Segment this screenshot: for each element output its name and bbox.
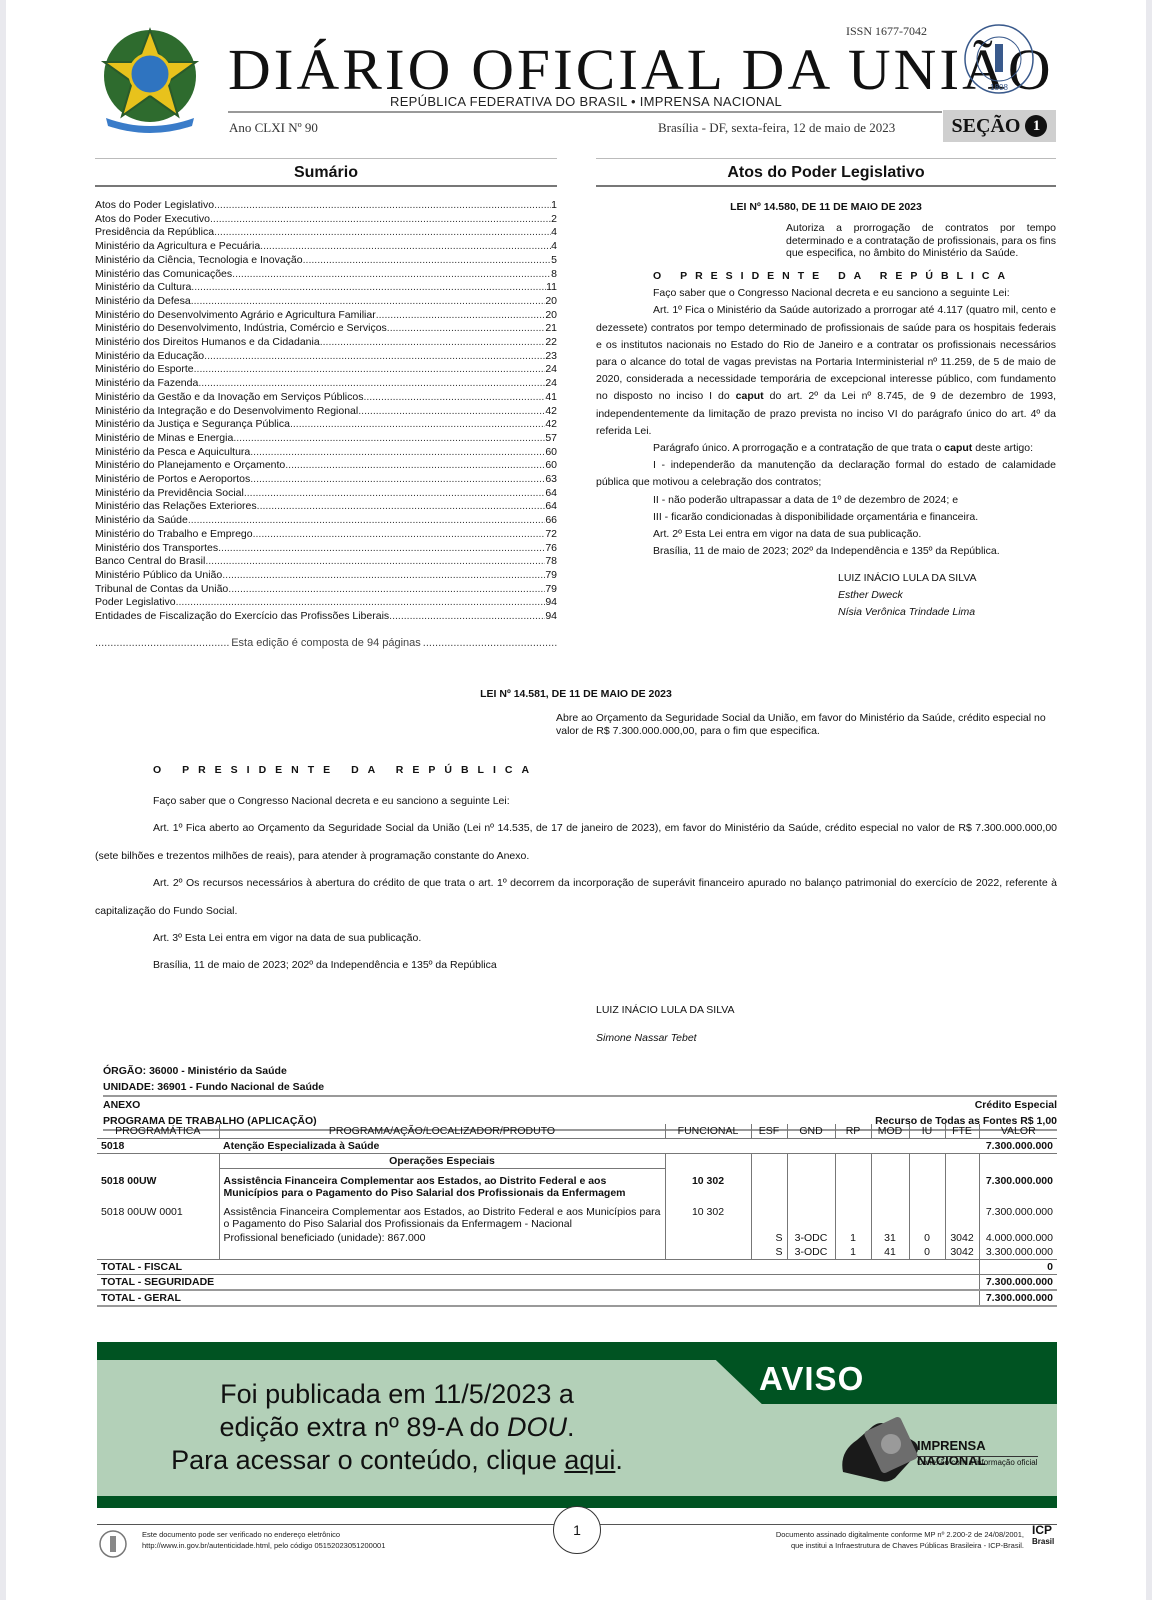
column-header: FTE [945, 1124, 979, 1139]
toc-item[interactable]: Ministério da Agricultura e Pecuária4 [95, 240, 557, 254]
issue-number: Ano CLXI Nº 90 [229, 120, 318, 136]
verification-note: Este documento pode ser verificado no en… [142, 1529, 385, 1551]
toc-item[interactable]: Ministério da Ciência, Tecnologia e Inov… [95, 254, 557, 268]
verification-link[interactable]: http://www.in.gov.br/autenticidade.html,… [142, 1540, 385, 1551]
toc-item[interactable]: Ministério da Cultura11 [95, 281, 557, 295]
section-number: 1 [1025, 115, 1047, 137]
signature-note: Documento assinado digitalmente conforme… [700, 1529, 1024, 1551]
aqui-link[interactable]: aqui [564, 1445, 615, 1475]
column-header: ESF [751, 1124, 787, 1139]
toc-item[interactable]: Ministério da Gestão e da Inovação em Se… [95, 391, 557, 405]
emblem-icon [97, 1528, 129, 1560]
toc-item[interactable]: Ministério Público da União79 [95, 569, 557, 583]
aviso-banner[interactable]: AVISO Foi publicada em 11/5/2023 a ediçã… [97, 1342, 1057, 1508]
table-row-operacoes: Operações Especiais [97, 1154, 1057, 1169]
atos-top-rule [596, 158, 1056, 159]
subtitle: REPÚBLICA FEDERATIVA DO BRASIL • IMPRENS… [390, 94, 782, 109]
icp-brasil-logo: ICP Brasil [1032, 1525, 1054, 1547]
presidente-heading: O PRESIDENTE DA REPÚBLICA [153, 764, 538, 776]
lei-14581-art3: Art. 3º Esta Lei entra em vigor na data … [95, 925, 1057, 952]
signature-minister: Simone Nassar Tebet [596, 1024, 735, 1052]
toc-item[interactable]: Ministério da Pesca e Aquicultura60 [95, 446, 557, 460]
toc-item[interactable]: Atos do Poder Executivo2 [95, 213, 557, 227]
lei-14580-paragrafo: Parágrafo único. A prorrogação e a contr… [596, 440, 1056, 457]
lei-14580-intro: Faço saber que o Congresso Nacional decr… [596, 285, 1056, 302]
svg-text:1808: 1808 [990, 83, 1008, 92]
table-row-detail: S 3-ODC 1 41 0 3042 3.300.000.000 [97, 1245, 1057, 1260]
coat-of-arms-icon [96, 22, 204, 134]
page-edge-left [0, 0, 6, 1600]
sumario-title: Sumário [95, 164, 557, 182]
lei-14581-ementa: Abre ao Orçamento da Seguridade Social d… [556, 712, 1056, 738]
sumario-top-rule [95, 158, 557, 159]
page-edge-right [1146, 0, 1152, 1600]
toc-item[interactable]: Ministério da Defesa20 [95, 295, 557, 309]
column-header: FUNCIONAL [665, 1124, 751, 1139]
signature-block: LUIZ INÁCIO LULA DA SILVA Esther Dweck N… [838, 570, 1056, 621]
section-badge: SEÇÃO 1 [943, 110, 1056, 142]
lei-14580-inciso-1: I - independerão da manutenção da declar… [596, 457, 1056, 491]
lei-14580-art2: Art. 2º Esta Lei entra em vigor na data … [596, 526, 1056, 543]
lei-14580-inciso-2: II - não poderão ultrapassar a data de 1… [596, 492, 1056, 509]
toc-item[interactable]: Ministério do Trabalho e Emprego72 [95, 528, 557, 542]
issue-date: Brasília - DF, sexta-feira, 12 de maio d… [658, 120, 895, 136]
sumario-rule [95, 185, 557, 187]
lei-14581-art2: Art. 2º Os recursos necessários à abertu… [95, 870, 1057, 925]
lei-14581-local-data: Brasília, 11 de maio de 2023; 202º da In… [95, 952, 1057, 979]
atos-rule [596, 185, 1056, 187]
lei-14580: LEI Nº 14.580, DE 11 DE MAIO DE 2023 Aut… [596, 199, 1056, 621]
toc-item[interactable]: Ministério da Fazenda24 [95, 377, 557, 391]
lei-14580-art1: Art. 1º Fica o Ministério da Saúde autor… [596, 302, 1056, 440]
edition-note: Esta edição é composta de 94 páginas [95, 637, 557, 649]
toc-item[interactable]: Ministério da Educação23 [95, 350, 557, 364]
toc-item[interactable]: Entidades de Fiscalização do Exercício d… [95, 610, 557, 624]
column-header: RP [835, 1124, 871, 1139]
signature-minister: Esther Dweck [838, 587, 1056, 604]
lei-14581-title: LEI Nº 14.581, DE 11 DE MAIO DE 2023 [95, 688, 1057, 700]
imprensa-nacional-seal-icon: 1808 [962, 22, 1036, 96]
toc-item[interactable]: Ministério das Comunicações8 [95, 268, 557, 282]
toc-item[interactable]: Ministério da Saúde66 [95, 514, 557, 528]
toc-item[interactable]: Ministério da Justiça e Segurança Públic… [95, 418, 557, 432]
annex-table: PROGRAMÁTICAPROGRAMA/AÇÃO/LOCALIZADOR/PR… [97, 1124, 1057, 1307]
toc-item[interactable]: Ministério do Desenvolvimento Agrário e … [95, 309, 557, 323]
column-header: PROGRAMA/AÇÃO/LOCALIZADOR/PRODUTO [219, 1124, 665, 1139]
aviso-text: Foi publicada em 11/5/2023 a edição extr… [137, 1378, 657, 1477]
credito-label: Crédito Especial [975, 1097, 1057, 1113]
lei-14581-body: Faço saber que o Congresso Nacional decr… [95, 788, 1057, 980]
column-header: VALOR [979, 1124, 1057, 1139]
table-row-total-fiscal: TOTAL - FISCAL 0 [97, 1260, 1057, 1275]
table-of-contents: Atos do Poder Legislativo1Atos do Poder … [95, 199, 557, 624]
lei-14581-art1: Art. 1º Fica aberto ao Orçamento da Segu… [95, 815, 1057, 870]
column-header: MOD [871, 1124, 909, 1139]
lei-14580-inciso-3: III - ficarão condicionadas à disponibil… [596, 509, 1056, 526]
table-row-program: 5018 Atenção Especializada à Saúde 7.300… [97, 1139, 1057, 1154]
column-header: IU [909, 1124, 945, 1139]
toc-item[interactable]: Ministério do Desenvolvimento, Indústria… [95, 322, 557, 336]
lei-14580-title: LEI Nº 14.580, DE 11 DE MAIO DE 2023 [596, 199, 1056, 216]
aviso-heading: AVISO [759, 1360, 864, 1398]
toc-item[interactable]: Presidência da República4 [95, 226, 557, 240]
toc-item[interactable]: Ministério da Integração e do Desenvolvi… [95, 405, 557, 419]
page-number: 1 [553, 1506, 601, 1554]
orgao: ÓRGÃO: 36000 - Ministério da Saúde [103, 1063, 1057, 1079]
masthead-title: DIÁRIO OFICIAL DA UNIÃO [228, 36, 1054, 103]
toc-item[interactable]: Ministério de Portos e Aeroportos63 [95, 473, 557, 487]
header-rule [228, 111, 942, 113]
lei-14581-intro: Faço saber que o Congresso Nacional decr… [95, 788, 1057, 815]
toc-item[interactable]: Ministério do Esporte24 [95, 363, 557, 377]
table-row-total-geral: TOTAL - GERAL 7.300.000.000 [97, 1290, 1057, 1306]
toc-item[interactable]: Poder Legislativo94 [95, 596, 557, 610]
atos-title: Atos do Poder Legislativo [596, 164, 1056, 182]
anexo-header: ÓRGÃO: 36000 - Ministério da Saúde UNIDA… [103, 1063, 1057, 1131]
table-row-localizador: 5018 00UW 0001 Assistência Financeira Co… [97, 1205, 1057, 1231]
lei-14580-ementa: Autoriza a prorrogação de contratos por … [786, 222, 1056, 260]
lei-14581-signatures: LUIZ INÁCIO LULA DA SILVA Simone Nassar … [596, 996, 735, 1052]
signature-minister: Nísia Verônica Trindade Lima [838, 604, 1056, 621]
toc-item[interactable]: Ministério da Previdência Social64 [95, 487, 557, 501]
presidente-heading: O PRESIDENTE DA REPÚBLICA [596, 268, 1056, 285]
toc-item[interactable]: Ministério dos Transportes76 [95, 542, 557, 556]
column-header: GND [787, 1124, 835, 1139]
toc-item[interactable]: Ministério de Minas e Energia57 [95, 432, 557, 446]
toc-item[interactable]: Ministério dos Direitos Humanos e da Cid… [95, 336, 557, 350]
unidade: UNIDADE: 36901 - Fundo Nacional de Saúde [103, 1079, 1057, 1097]
table-row-detail: Profissional beneficiado (unidade): 867.… [97, 1231, 1057, 1245]
toc-item[interactable]: Atos do Poder Legislativo1 [95, 199, 557, 213]
imprensa-nacional-tagline: Conexão com a informação oficial [917, 1456, 1038, 1467]
section-label: SEÇÃO [952, 115, 1021, 138]
table-row-total-seguridade: TOTAL - SEGURIDADE 7.300.000.000 [97, 1275, 1057, 1291]
signature-president: LUIZ INÁCIO LULA DA SILVA [838, 570, 1056, 587]
column-header: PROGRAMÁTICA [97, 1124, 219, 1139]
toc-item[interactable]: Tribunal de Contas da União79 [95, 583, 557, 597]
table-header-row: PROGRAMÁTICAPROGRAMA/AÇÃO/LOCALIZADOR/PR… [97, 1124, 1057, 1139]
table-row-acao: 5018 00UW Assistência Financeira Complem… [97, 1169, 1057, 1206]
toc-item[interactable]: Banco Central do Brasil78 [95, 555, 557, 569]
signature-president: LUIZ INÁCIO LULA DA SILVA [596, 996, 735, 1024]
lei-14580-local-data: Brasília, 11 de maio de 2023; 202º da In… [596, 543, 1056, 560]
toc-item[interactable]: Ministério das Relações Exteriores64 [95, 500, 557, 514]
anexo-label: ANEXO [103, 1097, 140, 1113]
toc-item[interactable]: Ministério do Planejamento e Orçamento60 [95, 459, 557, 473]
